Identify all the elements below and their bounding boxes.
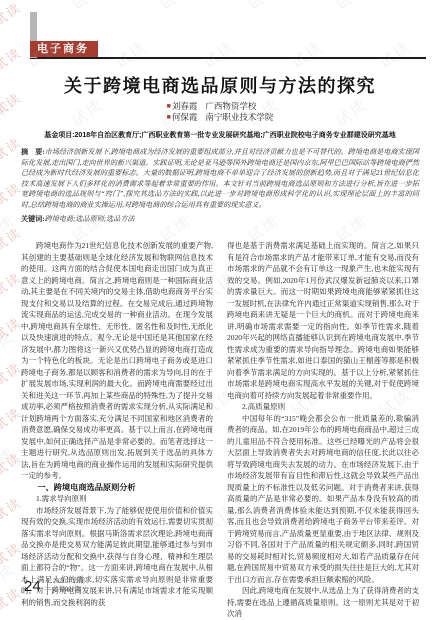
category-band: 电子商务 bbox=[30, 41, 98, 57]
right-column: 得也是基于消费需求满足基础上而实现的。简言之,如果只有是符合市场需求的产品才能带… bbox=[227, 240, 419, 620]
watermark-stamp: 试读 bbox=[199, 36, 239, 73]
watermark-stamp: 试读 bbox=[67, 0, 107, 15]
authors-inner: ■刘春霞广西物资学校 ■何保霞南宁职业技术学院 bbox=[167, 101, 274, 123]
body-paragraph: 跨境电商作为21世纪信息化技术创新发展的重要产物,其创建的主要基础则是全球化经济… bbox=[21, 240, 213, 482]
watermark-stamp: 试读 bbox=[331, 0, 371, 15]
square-bullet-icon: ■ bbox=[167, 114, 171, 121]
body-paragraph: 因此,跨境电商在发展中,从选品上为了获得消费者的支持,需要在选品上遵循高质量原则… bbox=[227, 585, 419, 620]
left-column: 跨境电商作为21世纪信息化技术创新发展的重要产物,其创建的主要基础则是全球化经济… bbox=[21, 240, 213, 620]
body-paragraph-continuation: 得也是基于消费需求满足基础上而实现的。简言之,如果只有是符合市场需求的产品才能带… bbox=[227, 240, 419, 401]
article-title: 关于跨境电商选品原则与方法的探究 bbox=[0, 72, 440, 98]
watermark-stamp: 试读 bbox=[111, 36, 151, 73]
abstract-text: 市场经济创新发展下,跨境电商成为经济发展的重要组成部分,并且对经济贡献力也是不可… bbox=[21, 148, 419, 209]
subsection-heading: 1.需求导向原则 bbox=[21, 493, 213, 505]
author-name: 何保霞 bbox=[172, 112, 198, 122]
journal-page: 试读试读试读试读试读试读试读试读试读试读试读试读试读试读试读试读试读试读试读试读… bbox=[0, 0, 440, 620]
issue-info: 2020年13期 总第922期 bbox=[53, 579, 85, 594]
abstract-block: 摘 要:市场经济创新发展下,跨境电商成为经济发展的重要组成部分,并且对经济贡献力… bbox=[21, 147, 419, 210]
watermark-stamp: 试读 bbox=[0, 210, 19, 247]
watermark-stamp: 试读 bbox=[0, 558, 19, 595]
body-paragraph: 中国每年的“315”晚会都会公布一批质量差的,欺骗消费者的商品。如,在2019年… bbox=[227, 413, 419, 586]
page-number: 24 bbox=[24, 578, 41, 595]
watermark-stamp: 试读 bbox=[287, 36, 327, 73]
keywords-text: 跨境电商;选品原则;选品方法 bbox=[45, 215, 135, 223]
square-bullet-icon: ■ bbox=[167, 103, 171, 110]
author-affiliation: 南宁职业技术学院 bbox=[205, 112, 273, 122]
abstract-label: 摘 要: bbox=[21, 148, 45, 156]
watermark-stamp: 试读 bbox=[0, 442, 19, 479]
footer-divider bbox=[47, 578, 48, 595]
authors-block: ■刘春霞广西物资学校 ■何保霞南宁职业技术学院 bbox=[0, 101, 440, 125]
keywords-label: 关键词: bbox=[21, 215, 45, 223]
watermark-stamp: 试读 bbox=[243, 0, 283, 15]
category-label: 电子商务 bbox=[37, 43, 89, 55]
author-line: ■何保霞南宁职业技术学院 bbox=[167, 112, 274, 123]
issue-line: 2020年13期 bbox=[53, 579, 85, 585]
watermark-stamp-edge: 试读 bbox=[0, 42, 25, 75]
author-name: 刘春霞 bbox=[172, 101, 198, 111]
author-line: ■刘春霞广西物资学校 bbox=[167, 101, 274, 112]
watermark-stamp: 试读 bbox=[0, 326, 19, 363]
fund-project-line: 基金项目:2018年自治区教育厅;广西职业教育第一批专业发展研究基地;广西职业院… bbox=[21, 130, 419, 140]
watermark-stamp-edge: 试读 bbox=[0, 0, 25, 30]
watermark-stamp: 试读 bbox=[155, 0, 195, 15]
watermark-stamp: 试读 bbox=[0, 0, 19, 15]
issue-line: 总第922期 bbox=[53, 587, 81, 593]
page-footer: 24 2020年13期 总第922期 bbox=[24, 578, 85, 595]
keywords-block: 关键词:跨境电商;选品原则;选品方法 bbox=[21, 214, 419, 224]
subsection-heading: 2.高质量原则 bbox=[227, 401, 419, 413]
body-columns: 跨境电商作为21世纪信息化技术创新发展的重要产物,其创建的主要基础则是全球化经济… bbox=[21, 240, 419, 620]
header-rule bbox=[30, 57, 426, 59]
section-heading: 一、跨境电商选品原则分析 bbox=[21, 482, 213, 494]
watermark-stamp: 试读 bbox=[375, 36, 415, 73]
author-affiliation: 广西物资学校 bbox=[205, 101, 256, 111]
